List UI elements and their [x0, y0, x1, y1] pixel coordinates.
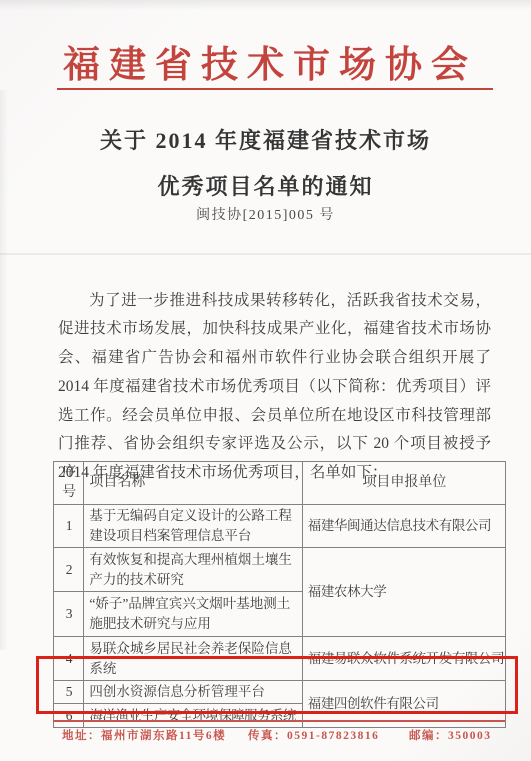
scan-artifact-mid: [0, 253, 531, 255]
footer-fax: 传真：0591-87823816: [248, 727, 379, 743]
row-project: 易联众城乡居民社会养老保险信息系统: [84, 637, 302, 681]
table-row-highlighted: 5 四创水资源信息分析管理平台 福建四创软件有限公司: [54, 681, 506, 704]
body-paragraph: 为了进一步推进科技成果转移转化，活跃我省技术交易，促进技术市场发展，加快科技成果…: [58, 287, 491, 489]
row-project: 基于无编码自定义设计的公路工程建设项目档案管理信息平台: [84, 505, 302, 548]
row-serial: 1: [54, 505, 84, 548]
row-project: 四创水资源信息分析管理平台: [84, 681, 302, 704]
header-serial-number: 序号: [54, 462, 84, 505]
scanned-notice-page: 福建省技术市场协会 关于 2014 年度福建省技术市场 优秀项目名单的通知 闽技…: [0, 0, 531, 761]
document-number: 闽技协[2015]005 号: [0, 204, 531, 224]
row-org: 福建华闽通达信息技术有限公司: [302, 505, 505, 548]
table-row: 4 易联众城乡居民社会养老保险信息系统 福建易联众软件系统开发有限公司: [54, 637, 506, 681]
project-list-table: 序号 项目名称 项目申报单位 1 基于无编码自定义设计的公路工程建设项目档案管理…: [53, 461, 506, 728]
table-row: 1 基于无编码自定义设计的公路工程建设项目档案管理信息平台 福建华闽通达信息技术…: [54, 505, 506, 548]
scan-artifact-top: [0, 0, 531, 10]
row-serial: 4: [54, 637, 84, 681]
footer: 地址：福州市湖东路11号6楼 传真：0591-87823816 邮编：35000…: [0, 727, 531, 747]
row-serial: 3: [54, 592, 84, 637]
letterhead-org-name: 福建省技术市场协会: [0, 34, 531, 88]
letterhead-rule: [57, 88, 493, 90]
row-project: 有效恢复和提高大理州植烟土壤生产力的技术研究: [84, 548, 302, 592]
row-project: “娇子”品牌宜宾兴文烟叶基地测土施肥技术研究与应用: [84, 592, 302, 637]
header-applicant-org: 项目申报单位: [302, 462, 505, 505]
row-serial: 5: [54, 681, 84, 704]
footer-postal-code: 邮编：350003: [409, 727, 492, 743]
header-project-name: 项目名称: [84, 462, 302, 505]
table-row: 2 有效恢复和提高大理州植烟土壤生产力的技术研究 福建农林大学: [54, 548, 506, 592]
footer-address: 地址：福州市湖东路11号6楼: [62, 727, 226, 743]
row-org: 福建易联众软件系统开发有限公司: [302, 637, 505, 681]
notice-title: 关于 2014 年度福建省技术市场 优秀项目名单的通知: [0, 118, 531, 210]
table-header-row: 序号 项目名称 项目申报单位: [54, 462, 506, 505]
row-project: 海洋渔业生产安全环境保障服务系统: [84, 704, 302, 728]
row-serial: 2: [54, 548, 84, 592]
row-org-merged: 福建农林大学: [302, 548, 505, 637]
notice-title-line1: 关于 2014 年度福建省技术市场: [0, 118, 531, 164]
row-serial: 6: [54, 704, 84, 728]
footer-rule: [53, 720, 505, 722]
